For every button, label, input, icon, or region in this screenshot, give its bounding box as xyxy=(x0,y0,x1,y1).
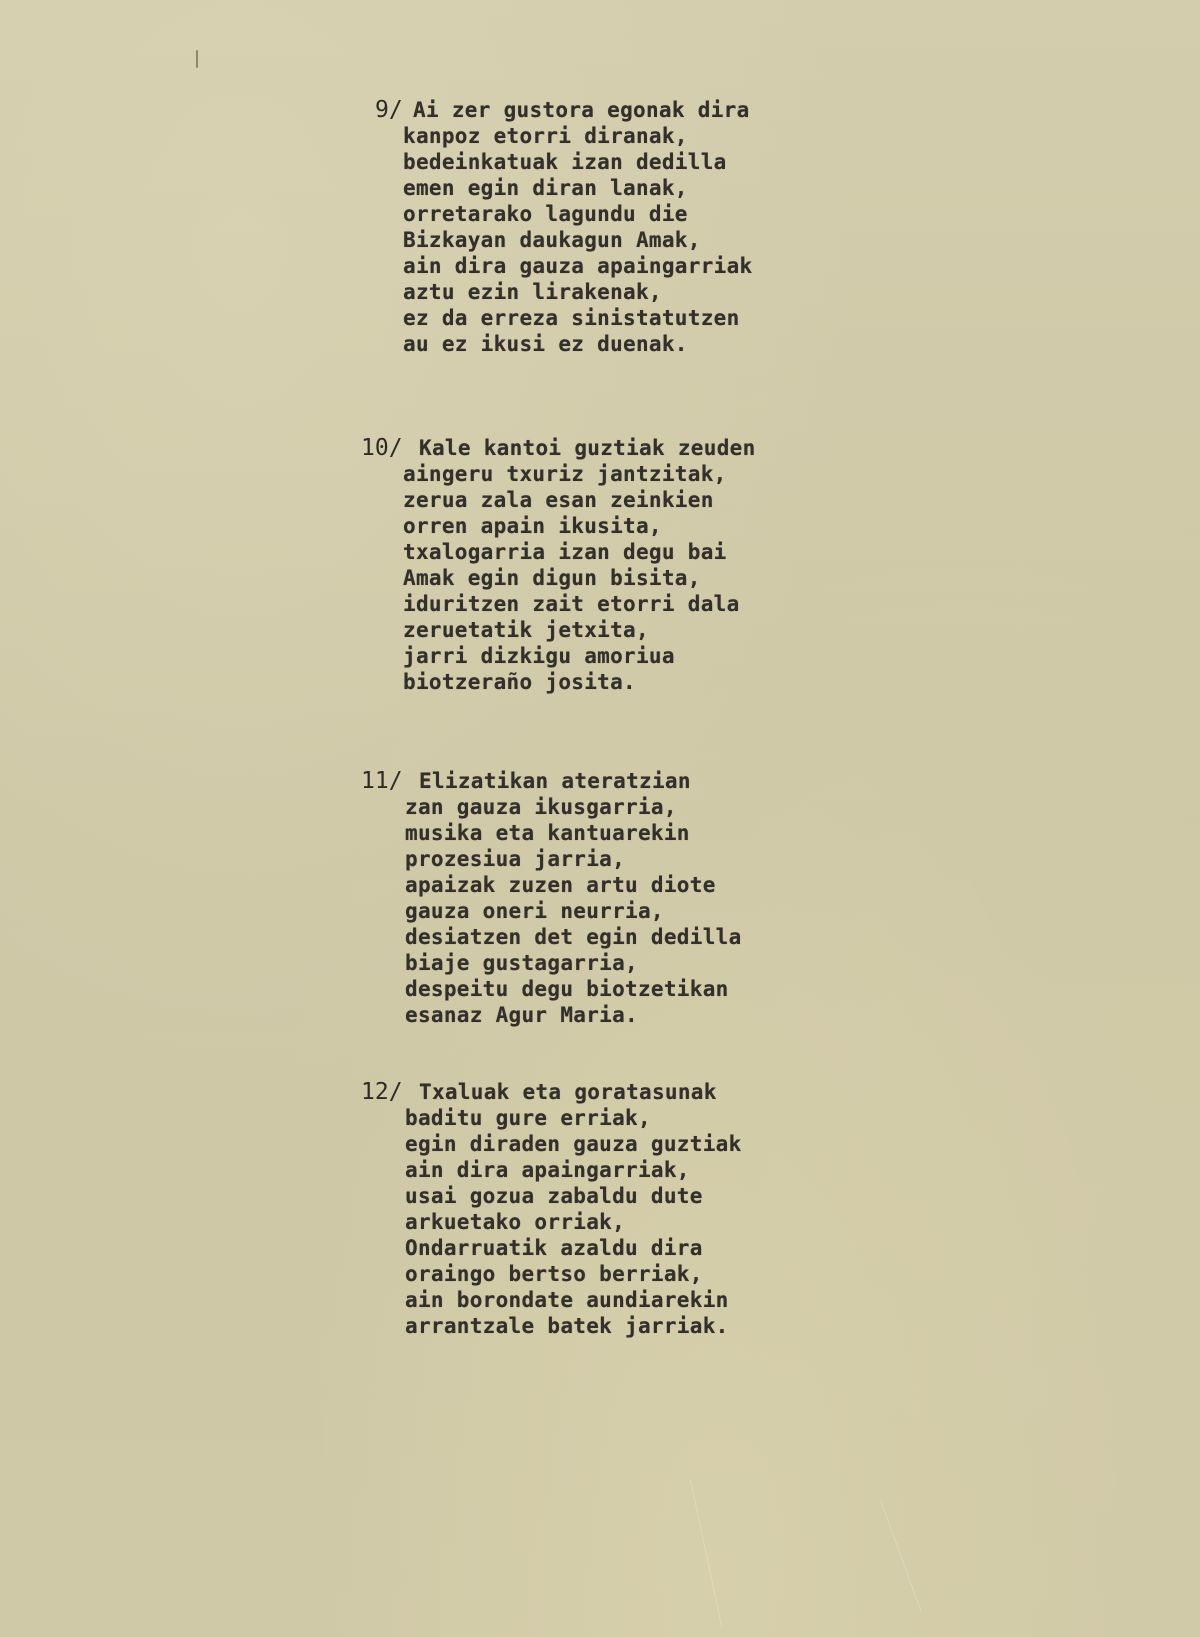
verse-line: iduritzen zait etorri dala xyxy=(403,591,740,617)
verse-line: aingeru txuriz jantzitak, xyxy=(403,461,727,487)
verse-line: txalogarria izan degu bai xyxy=(403,539,727,565)
verse-line: zerua zala esan zeinkien xyxy=(403,487,714,513)
verse-line: arrantzale batek jarriak. xyxy=(405,1313,729,1339)
verse-line: apaizak zuzen artu diote xyxy=(405,872,716,898)
verse-line: arkuetako orriak, xyxy=(405,1209,625,1235)
verse-line: biaje gustagarria, xyxy=(405,950,638,976)
verse-line: Elizatikan ateratzian xyxy=(419,768,691,794)
verse-line: Bizkayan daukagun Amak, xyxy=(403,227,701,253)
verse-line: ain borondate aundiarekin xyxy=(405,1287,729,1313)
verse-line: biotzeraño josita. xyxy=(403,669,636,695)
stanza-number: 11/ xyxy=(361,768,403,794)
verse-line: oraingo bertso berriak, xyxy=(405,1261,703,1287)
verse-line: Amak egin digun bisita, xyxy=(403,565,701,591)
paper-crease xyxy=(690,1480,722,1627)
verse-line: emen egin diran lanak, xyxy=(403,175,688,201)
pencil-mark xyxy=(196,50,198,68)
verse-line: jarri dizkigu amoriua xyxy=(403,643,675,669)
verse-line: desiatzen det egin dedilla xyxy=(405,924,742,950)
verse-line: ez da erreza sinistatutzen xyxy=(403,305,740,331)
verse-line: Ondarruatik azaldu dira xyxy=(405,1235,703,1261)
verse-line: Kale kantoi guztiak zeuden xyxy=(419,435,756,461)
typewritten-page: 9/ Ai zer gustora egonak dira kanpoz eto… xyxy=(0,0,1200,1637)
verse-line: gauza oneri neurria, xyxy=(405,898,664,924)
verse-line: prozesiua jarria, xyxy=(405,846,625,872)
stanza-number: 12/ xyxy=(361,1079,403,1105)
verse-line: baditu gure erriak, xyxy=(405,1105,651,1131)
verse-line: Ai zer gustora egonak dira xyxy=(413,97,750,123)
verse-line: aztu ezin lirakenak, xyxy=(403,279,662,305)
verse-line: egin diraden gauza guztiak xyxy=(405,1131,742,1157)
verse-line: ain dira apaingarriak, xyxy=(405,1157,690,1183)
verse-line: usai gozua zabaldu dute xyxy=(405,1183,703,1209)
verse-line: zan gauza ikusgarria, xyxy=(405,794,677,820)
verse-line: musika eta kantuarekin xyxy=(405,820,690,846)
verse-line: Txaluak eta goratasunak xyxy=(419,1079,717,1105)
stanza-number: 10/ xyxy=(361,435,403,461)
verse-line: orretarako lagundu die xyxy=(403,201,688,227)
paper-crease xyxy=(880,1500,922,1613)
verse-line: orren apain ikusita, xyxy=(403,513,662,539)
verse-line: kanpoz etorri diranak, xyxy=(403,123,688,149)
stanza-number: 9/ xyxy=(375,97,403,123)
verse-line: ain dira gauza apaingarriak xyxy=(403,253,752,279)
verse-line: zeruetatik jetxita, xyxy=(403,617,649,643)
verse-line: esanaz Agur Maria. xyxy=(405,1002,638,1028)
verse-line: bedeinkatuak izan dedilla xyxy=(403,149,727,175)
verse-line: despeitu degu biotzetikan xyxy=(405,976,729,1002)
verse-line: au ez ikusi ez duenak. xyxy=(403,331,688,357)
